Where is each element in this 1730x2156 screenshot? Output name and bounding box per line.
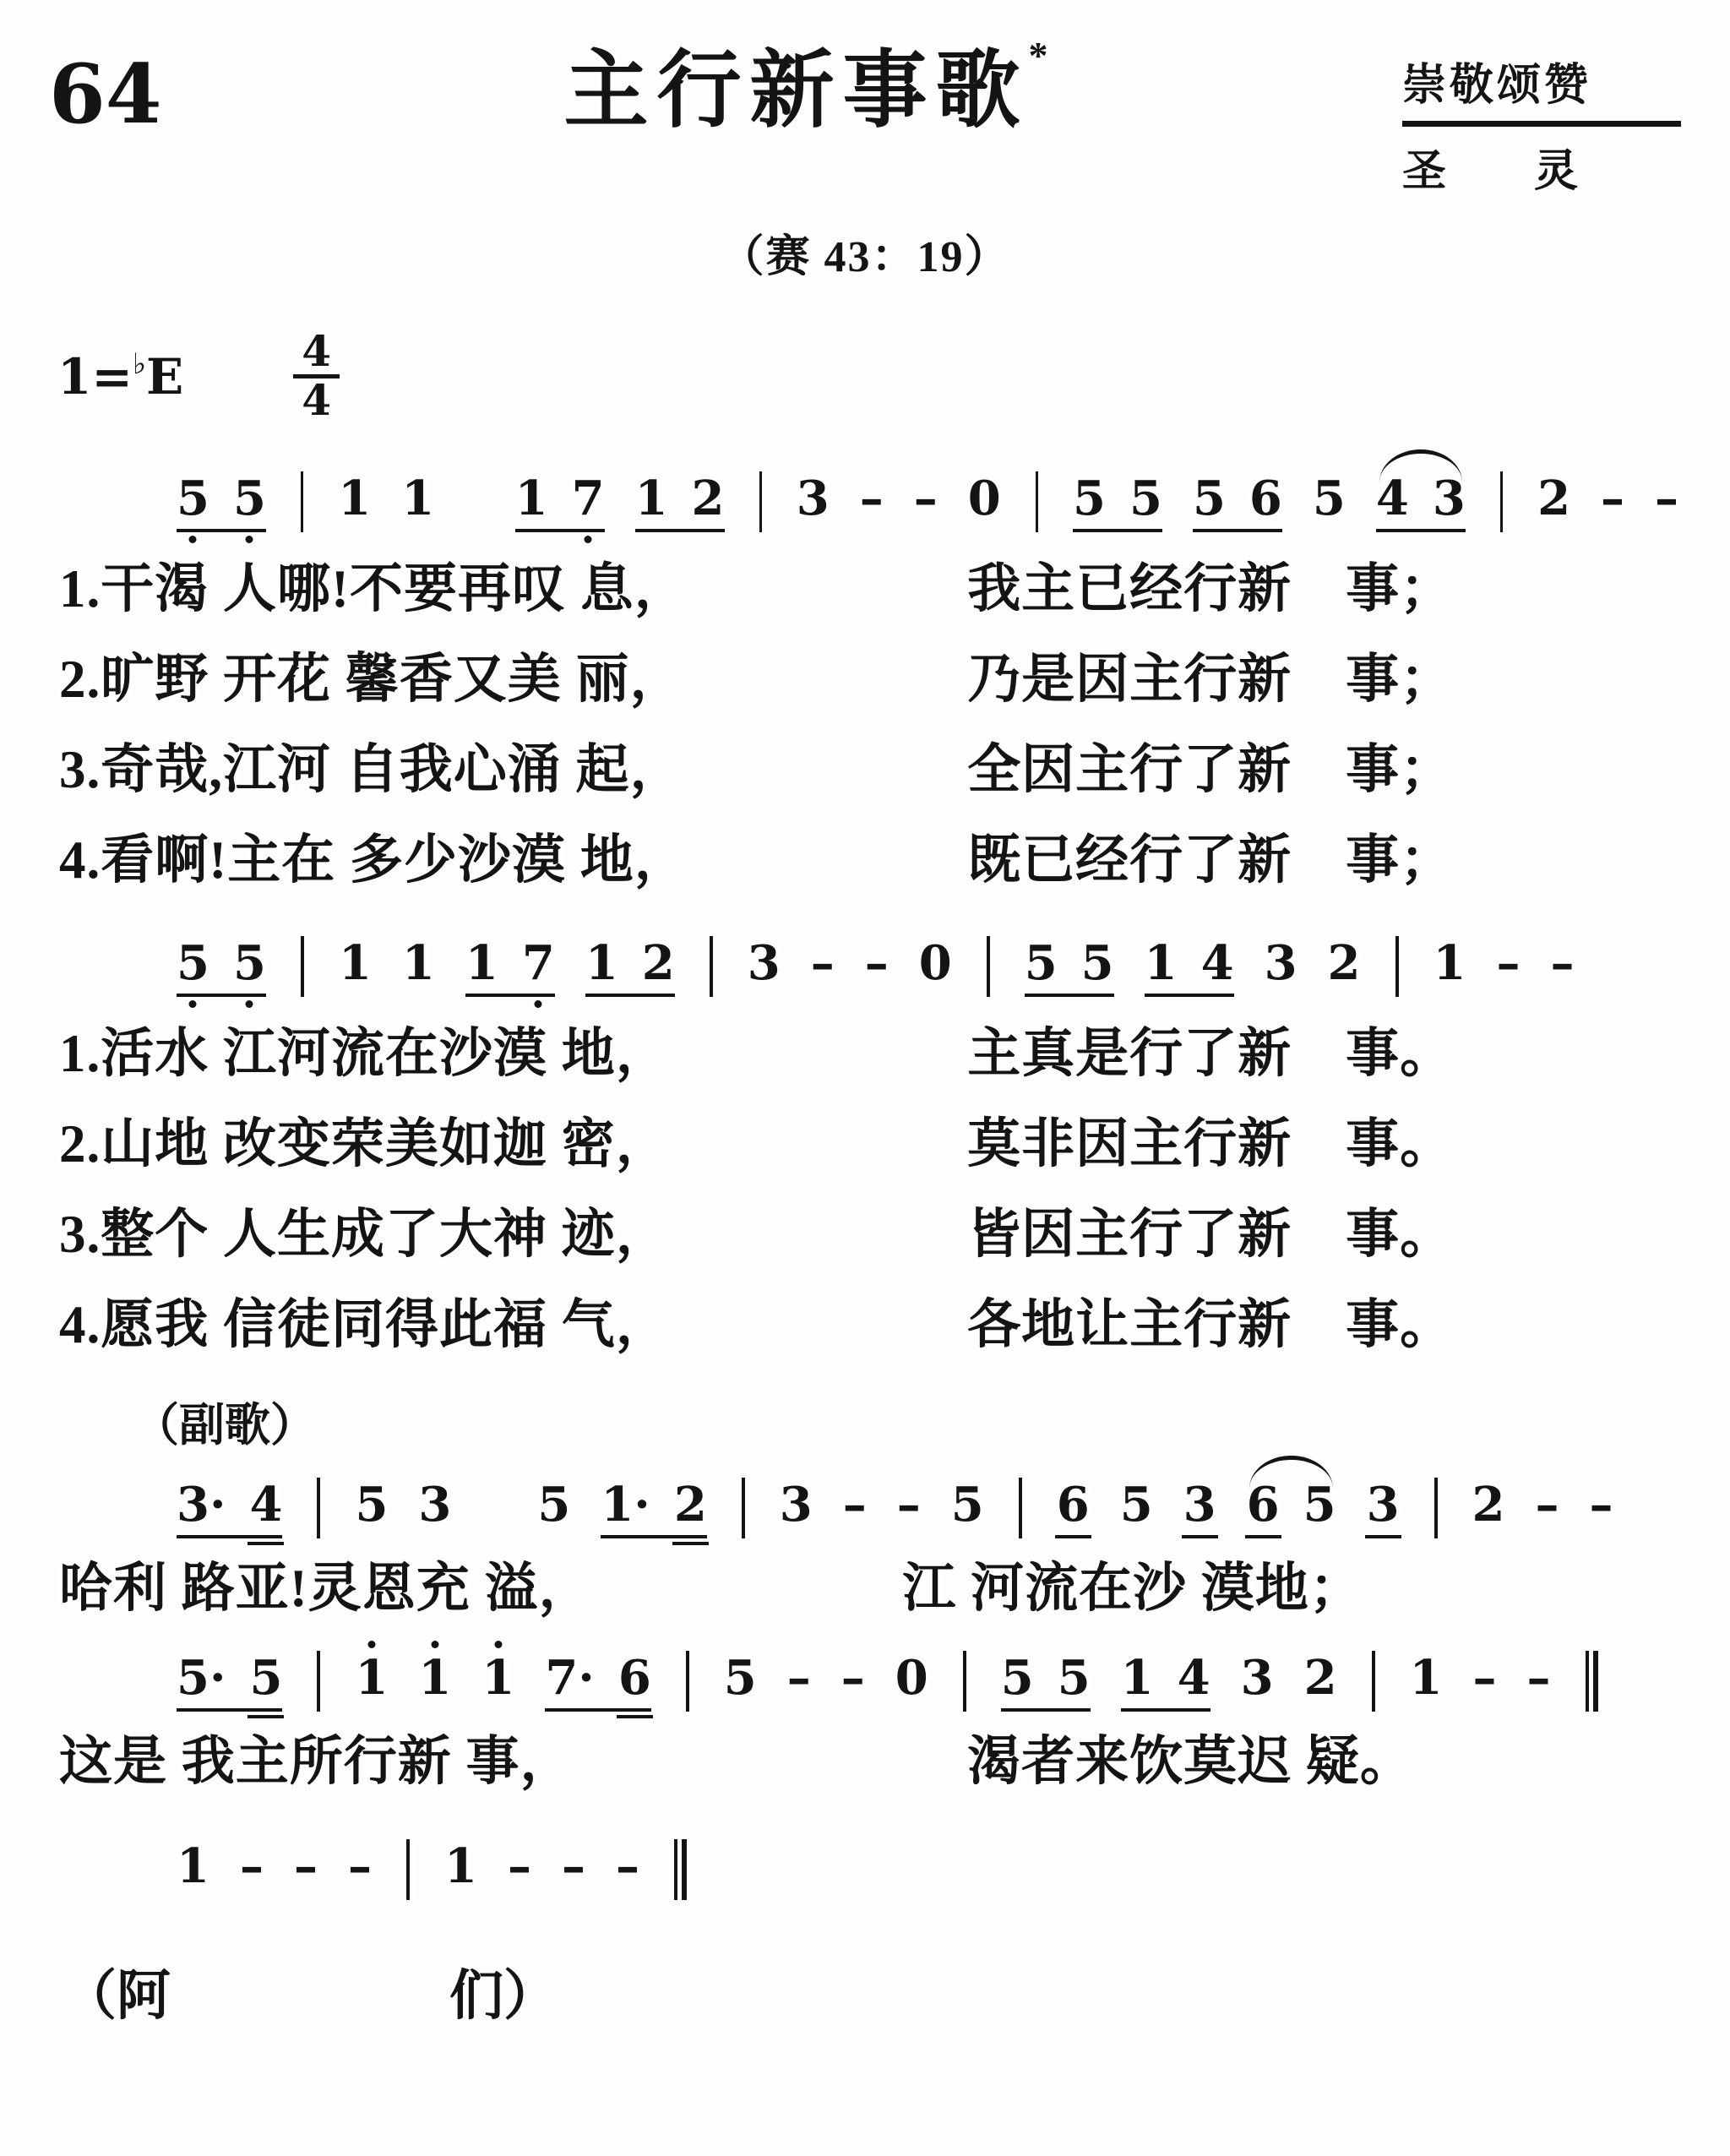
beam-group: 3·4 [174,1466,285,1550]
score-line-4: 5·51117·65––05514321–– [174,1639,1681,1723]
note: – [613,1827,642,1912]
verse-text-right: 既已经行了新 事； [967,834,1681,887]
note: – [862,924,891,1009]
note-digit: – [1527,1654,1551,1701]
note-digit: 3 [797,475,830,522]
note-digit: 2 [1472,1481,1505,1528]
note-digit: 1 [481,1654,514,1701]
note: 1 [442,1827,480,1912]
verse-text-left: 3.奇哉,江河 自我心涌 起， [59,743,967,797]
note-digit: 3 [1241,1654,1274,1701]
beam-underline [601,1535,706,1538]
note-digit: 5 [1120,1481,1153,1528]
final-barline [674,1839,687,1900]
verse-text-left: 2.旷野 开花 馨香又美 丽， [59,653,967,706]
beam-underline [1145,994,1234,997]
note-digit: 4 [1201,939,1234,987]
verse-text-right: 各地让主行新 事。 [967,1298,1681,1352]
beam-group: 17 [463,924,558,1009]
chorus-text-left: 哈利 路亚!灵恩充 溢， [59,1562,902,1615]
note: 1 [336,924,374,1009]
verse-text-right: 主真是行了新 事。 [967,1027,1681,1081]
note-digit: – [562,1843,585,1890]
note-digit: – [1536,1481,1559,1528]
note: 3 [745,924,783,1009]
note-digit: 5· [177,1654,226,1701]
note-digit: 5 [249,1654,282,1701]
verse-text-right: 莫非因主行新 事。 [967,1118,1681,1171]
barline [317,1478,320,1538]
chorus-line: 哈利 路亚!灵恩充 溢， 江 河流在沙 漠地； [59,1562,1681,1615]
note: 1 [479,1639,517,1723]
low-octave-dot [246,1000,253,1008]
note: 1 [352,1639,390,1723]
note: 0 [893,1639,931,1723]
note: 1 [1431,924,1469,1009]
note-digit: 1 [585,939,618,987]
barline [1372,1651,1375,1712]
note: – [808,924,837,1009]
note-digit: – [860,475,884,522]
note: 3 [1238,1639,1276,1723]
chorus-line: 这是 我主所行新 事， 渴者来饮莫迟 疑。 [59,1735,1681,1788]
note-digit: 3· [177,1481,226,1528]
verse-block-2: 1.活水 江河流在沙漠 地， 主真是行了新 事。 2.山地 改变荣美如迦 密， … [49,1027,1681,1352]
note-digit: – [843,1481,867,1528]
barline [1395,936,1399,997]
note-digit: – [508,1843,531,1890]
beam-group: 43 [1374,460,1468,544]
note-digit: 1 [1434,939,1466,987]
note: – [1533,1466,1562,1550]
amen-right: 们） [449,1952,558,2030]
note-digit: 5 [1081,939,1114,987]
note: – [785,1639,813,1723]
note-digit: 0 [919,939,952,987]
page-number: 64 [49,30,209,135]
note: 1 [1407,1639,1445,1723]
note-digit: 5 [1193,475,1226,522]
verse-text-left: 4.看啊!主在 多少沙漠 地， [59,834,967,887]
score-line-2: 551117123––05514321–– [174,924,1681,1009]
note-digit: 6 [618,1654,651,1701]
score-line-3: 3·45351·23––56536532–– [174,1466,1681,1550]
time-signature: 4 4 [293,329,340,422]
note-digit: 7 [522,939,555,987]
note: 1 [416,1639,454,1723]
note: – [857,460,886,544]
note: – [1525,1639,1553,1723]
barline [686,1651,689,1712]
verse-text-right: 皆因主行了新 事。 [967,1208,1681,1261]
final-barline [1586,1651,1598,1712]
note-digit: – [865,939,889,987]
verse-line: 2.山地 改变荣美如迦 密， 莫非因主行新 事。 [59,1118,1681,1171]
score-line-5: 1–––1––– [174,1827,1681,1912]
beam-underline [585,994,675,997]
chorus-text-left: 这是 我主所行新 事， [59,1735,967,1788]
note: 2 [1302,1639,1340,1723]
barline [759,471,762,532]
note: – [1471,1639,1499,1723]
slur-arc [1379,449,1463,482]
barline [1019,1478,1022,1538]
note-digit: 3 [748,939,781,987]
note-digit: – [1473,1654,1497,1701]
note: – [505,1827,534,1912]
high-octave-dot [367,1641,375,1648]
note-digit: 1 [402,939,435,987]
note: 5 [949,1466,987,1550]
chorus-text-right: 渴者来饮莫迟 疑。 [967,1735,1681,1788]
note-digit: 5 [355,1481,388,1528]
scripture-reference: （赛 43：19） [49,220,1681,284]
barline [710,936,713,997]
note-digit: 5 [233,939,266,987]
barline [406,1839,410,1900]
barline [317,1651,320,1712]
note-digit: 5 [1313,475,1346,522]
note-digit: – [841,1654,865,1701]
note-digit: 1 [418,1654,451,1701]
title-text: 主行新事歌 [564,44,1029,138]
note-digit: 3 [1367,1481,1400,1528]
note-digit: 5 [233,475,266,522]
amen-line: （阿 们） [63,1952,1681,2030]
duration-underline [1055,1535,1091,1538]
barline [1036,471,1038,532]
note-digit: 7 [572,475,605,522]
verse-text-left: 1.活水 江河流在沙漠 地， [59,1027,967,1081]
key-prefix: 1= [57,348,133,406]
note-digit: – [240,1843,264,1890]
barline [987,936,990,997]
flat-sign: ♭ [133,347,146,381]
beam-group: 55 [998,1639,1093,1723]
note: 5 [1310,460,1348,544]
verse-text-right: 乃是因主行新 事； [967,653,1681,706]
note: 5 [721,1639,759,1723]
note: – [1587,1466,1616,1550]
note: 5 [1118,1466,1156,1550]
note: 3 [1181,1466,1219,1550]
low-octave-dot [535,1000,542,1008]
note: – [559,1827,588,1912]
verse-line: 4.看啊!主在 多少沙漠 地， 既已经行了新 事； [59,834,1681,887]
note-digit: 3 [418,1481,451,1528]
note-digit: 5 [177,475,209,522]
verse-text-left: 3.整个 人生成了大神 迹， [59,1208,967,1261]
barline [742,1478,745,1538]
beam-underline [177,1708,282,1712]
beam-group: 14 [1142,924,1237,1009]
note-digit: 2 [1304,1654,1337,1701]
hymn-sheet-page: 64 主行新事歌* 崇敬颂赞 圣 灵 （赛 43：19） 1=♭E 4 4 55… [0,0,1730,2156]
duration-underline [672,1542,709,1545]
note: – [1548,924,1576,1009]
note: 5 [535,1466,573,1550]
verse-line: 4.愿我 信徒同得此福 气， 各地让主行新 事。 [59,1298,1681,1352]
score-line-1: 551117123––055565432–– [174,460,1681,544]
note: – [291,1827,320,1912]
note-digit: 2 [674,1481,707,1528]
barline [301,471,303,532]
beam-group: 12 [583,924,677,1009]
beam-underline [1001,1708,1091,1712]
verse-line: 3.奇哉,江河 自我心涌 起， 全因主行了新 事； [59,743,1681,797]
note-digit: 0 [968,475,1001,522]
verse-line: 1.干渴 人哪!不要再叹 息， 我主已经行新 事； [59,563,1681,616]
beam-underline [515,529,605,532]
note-digit: – [616,1843,639,1890]
duration-underline [1245,1535,1281,1538]
verse-block-1: 1.干渴 人哪!不要再叹 息， 我主已经行新 事； 2.旷野 开花 馨香又美 丽… [49,563,1681,887]
note-digit: 5 [537,1481,570,1528]
note-digit: 2 [692,475,725,522]
beam-group: 55 [174,460,269,544]
verse-line: 3.整个 人生成了大神 迹， 皆因主行了新 事。 [59,1208,1681,1261]
note-digit: 2 [1328,939,1361,987]
note-digit: 1 [515,475,548,522]
note-digit: 5 [177,939,209,987]
note: 0 [966,460,1004,544]
category-line-1: 崇敬颂赞 [1402,49,1681,127]
duration-underline [248,1542,284,1545]
note-digit: 4 [249,1481,282,1528]
category-line-2: 圣 灵 [1402,127,1681,199]
note-digit: 1 [338,475,371,522]
title-wrap: 主行新事歌* [209,30,1402,135]
beam-group: 7·6 [542,1639,653,1723]
barline [1500,471,1503,532]
beam-underline [1193,529,1282,532]
note-digit: 1 [177,1843,209,1890]
note: 3 [1262,924,1300,1009]
note-digit: 1 [1145,939,1178,987]
beam-underline [177,994,266,997]
time-signature-numerator: 4 [293,329,340,378]
note: 2 [1535,460,1573,544]
note: – [237,1827,266,1912]
duration-underline [617,1715,653,1718]
note-digit: 2 [642,939,675,987]
category-block: 崇敬颂赞 圣 灵 [1402,30,1681,199]
note-digit: 4 [1178,1654,1210,1701]
beam-group: 5·5 [174,1639,285,1723]
note-digit: 1 [444,1843,477,1890]
beam-underline [177,529,266,532]
note-digit: 5 [1058,1654,1091,1701]
note-digit: – [294,1843,318,1890]
note: – [1493,924,1522,1009]
amen-left: （阿 [63,1952,171,2030]
note: – [1652,460,1681,544]
beam-group: 55 [1070,460,1165,544]
duration-underline [248,1715,284,1718]
beam-underline [1073,529,1162,532]
note-digit: 5 [1129,475,1162,522]
duration-underline [1182,1535,1218,1538]
note-digit: – [897,1481,921,1528]
low-octave-dot [189,1000,197,1008]
note-digit: 1· [601,1481,650,1528]
header: 64 主行新事歌* 崇敬颂赞 圣 灵 [49,30,1681,199]
high-octave-dot [494,1641,502,1648]
note-digit: – [1590,1481,1613,1528]
note-digit: 3 [1265,939,1297,987]
note-digit: 2 [1537,475,1570,522]
low-octave-dot [585,536,592,543]
note: – [345,1827,374,1912]
verse-line: 1.活水 江河流在沙漠 地， 主真是行了新 事。 [59,1027,1681,1081]
key-signature-row: 1=♭E 4 4 [57,329,1681,422]
note: 1 [174,1827,212,1912]
note: – [839,1639,868,1723]
note-digit: 1 [1121,1654,1154,1701]
beam-underline [545,1708,650,1712]
note-digit: – [348,1843,372,1890]
note: 3 [416,1466,454,1550]
verse-text-right: 我主已经行新 事； [967,563,1681,616]
note-digit: 5 [1001,1654,1034,1701]
note: 1 [399,460,437,544]
note: 6 [1054,1466,1092,1550]
key-letter: E [146,348,183,406]
chorus-text-right: 江 河流在沙 漠地； [902,1562,1681,1615]
beam-underline [1025,994,1114,997]
beam-group: 17 [513,460,607,544]
beam-group: 55 [174,924,269,1009]
high-octave-dot [431,1641,438,1648]
note-digit: 0 [895,1654,928,1701]
low-octave-dot [246,536,253,543]
key-signature: 1=♭E [57,347,183,406]
note-digit: 1 [465,939,498,987]
verse-text-left: 2.山地 改变荣美如迦 密， [59,1118,967,1171]
beam-underline [1376,529,1466,532]
verse-text-left: 4.愿我 信徒同得此福 气， [59,1298,967,1352]
note-digit: 3 [780,1481,813,1528]
note-digit: 3 [1183,1481,1216,1528]
note-digit: – [1655,475,1678,522]
note-digit: 5 [1025,939,1058,987]
note-digit: – [1550,939,1574,987]
note-digit: – [1496,939,1520,987]
low-octave-dot [189,536,197,543]
beam-underline [465,994,555,997]
beam-group: 55 [1022,924,1117,1009]
note-digit: 5 [1073,475,1106,522]
beam-group: 14 [1118,1639,1213,1723]
note-digit: 1 [355,1654,388,1701]
title-asterisk: * [1029,34,1048,77]
note: 1 [400,924,438,1009]
duration-underline [1365,1535,1401,1538]
note-digit: – [914,475,938,522]
note: – [895,1466,923,1550]
page-title: 主行新事歌* [564,35,1048,135]
beam-group: 65 [1244,1466,1339,1550]
beam-underline [1121,1708,1210,1712]
verse-text-right: 全因主行了新 事； [967,743,1681,797]
note: 3 [794,460,832,544]
note-digit: 5 [724,1654,757,1701]
note-digit: 5 [951,1481,984,1528]
note-digit: – [787,1654,811,1701]
barline [301,936,304,997]
note-digit: 6 [1249,475,1282,522]
note-digit: 1 [1410,1654,1443,1701]
verse-line: 2.旷野 开花 馨香又美 丽， 乃是因主行新 事； [59,653,1681,706]
note-digit: – [1601,475,1624,522]
time-signature-denominator: 4 [293,378,340,423]
note: 3 [1364,1466,1402,1550]
barline [963,1651,966,1712]
note: 1 [335,460,373,544]
beam-group: 56 [1190,460,1285,544]
beam-underline [177,1535,282,1538]
note-digit: 1 [635,475,668,522]
note: 5 [352,1466,390,1550]
note: – [1598,460,1627,544]
note: – [911,460,940,544]
barline [1434,1478,1438,1538]
note-digit: – [811,939,835,987]
beam-underline [635,529,725,532]
note: 0 [917,924,955,1009]
note-digit: 6 [1057,1481,1090,1528]
note: – [841,1466,869,1550]
slur-arc [1249,1456,1333,1489]
note-digit: 1 [401,475,434,522]
beam-group: 1·2 [598,1466,709,1550]
verse-text-left: 1.干渴 人哪!不要再叹 息， [59,563,967,616]
chorus-label: （副歌） [133,1389,1681,1454]
note-digit: 1 [339,939,372,987]
beam-group: 12 [633,460,727,544]
note-digit: 7· [545,1654,594,1701]
note: 2 [1325,924,1363,1009]
note: 3 [777,1466,815,1550]
note: 2 [1470,1466,1508,1550]
